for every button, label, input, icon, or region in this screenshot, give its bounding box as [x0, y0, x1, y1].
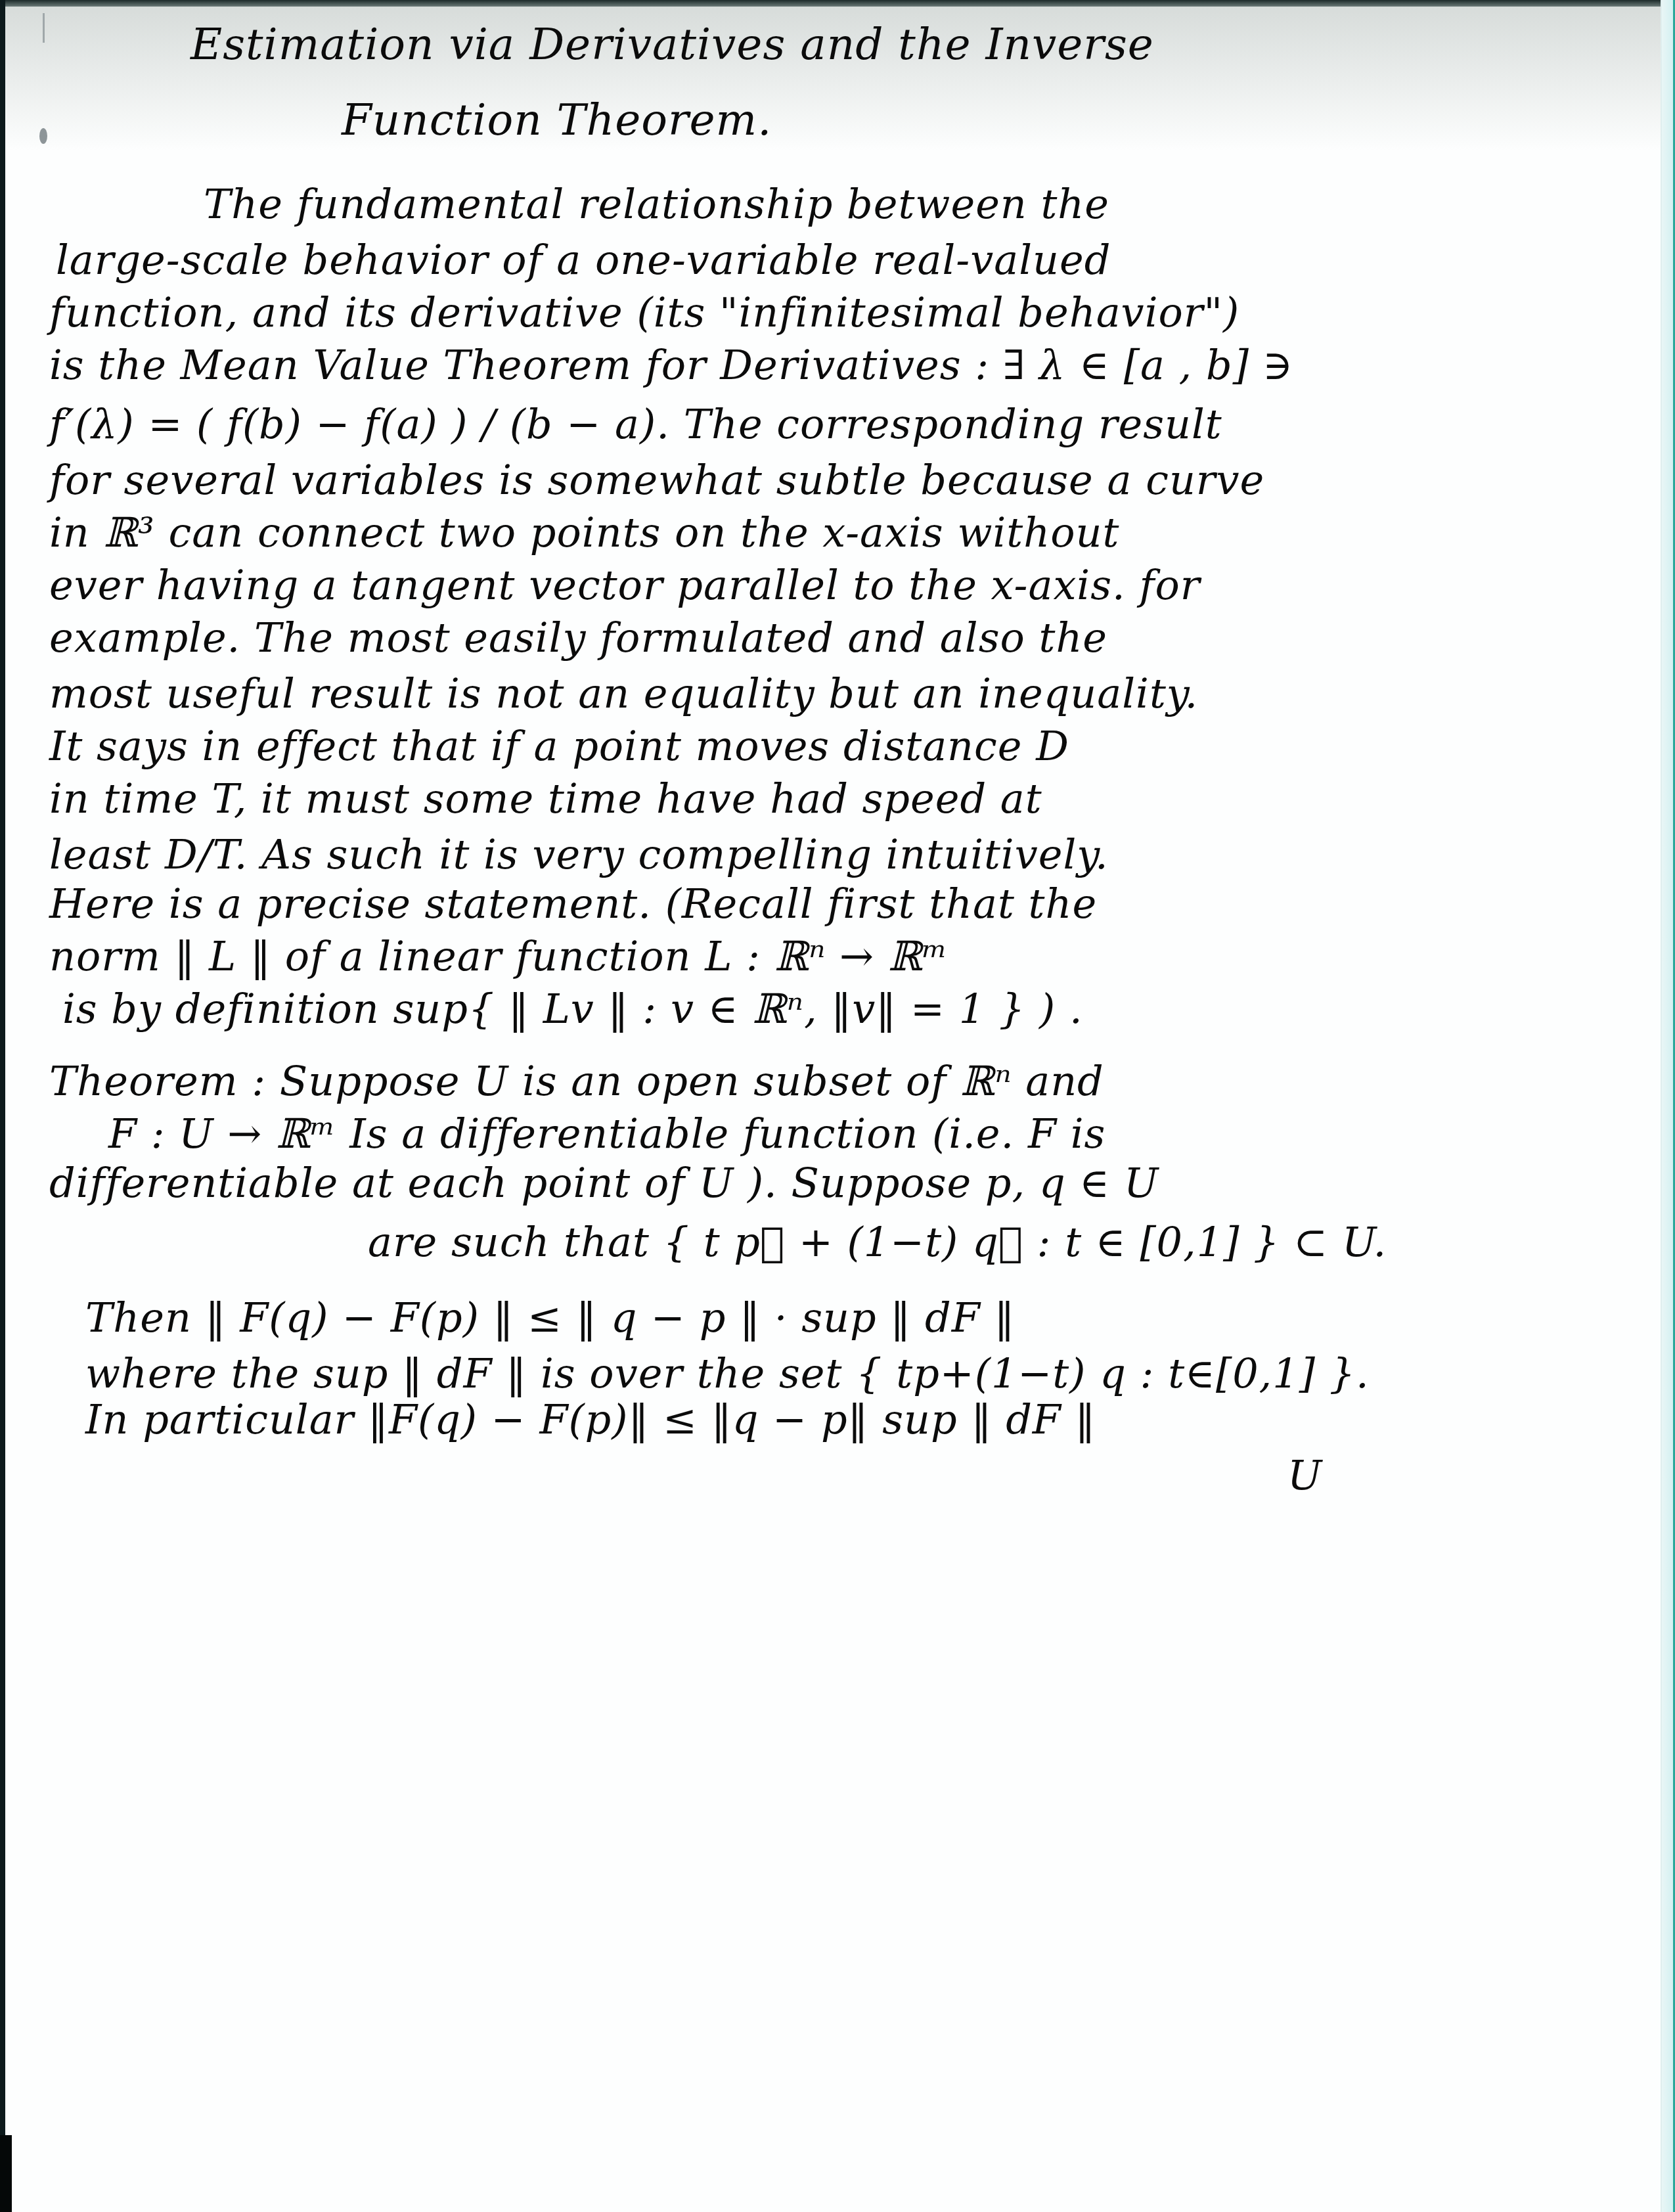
- body-line-11: It says in effect that if a point moves …: [49, 726, 1069, 767]
- body-line-13: least D/T. As such it is very compelling…: [49, 834, 1109, 875]
- title-line-2: Function Theorem.: [342, 99, 772, 142]
- handwritten-page: Estimation via Derivatives and the Inver…: [0, 0, 1675, 2212]
- body-line-7: in ℝ³ can connect two points on the x-ax…: [49, 512, 1119, 553]
- theorem-line-1: Theorem : Suppose U is an open subset of…: [49, 1061, 1104, 1102]
- body-line-1: The fundamental relationship between the: [204, 184, 1109, 225]
- body-line-16: is by definition sup{ ‖ Lv ‖ : v ∈ ℝⁿ, ‖…: [62, 989, 1083, 1029]
- theorem-line-4: are such that { t p⃗ + (1−t) q⃗ : t ∈ [0…: [368, 1222, 1387, 1263]
- body-line-8: ever having a tangent vector parallel to…: [49, 565, 1200, 606]
- body-line-15: norm ‖ L ‖ of a linear function L : ℝⁿ →…: [49, 936, 948, 977]
- body-line-5: f′(λ) = ( f(b) − f(a) ) / (b − a). The c…: [49, 404, 1222, 445]
- body-line-10: most useful result is not an equality bu…: [49, 673, 1198, 714]
- body-line-4: is the Mean Value Theorem for Derivative…: [49, 345, 1293, 386]
- body-line-2: large-scale behavior of a one-variable r…: [56, 240, 1111, 281]
- body-line-6: for several variables is somewhat subtle…: [49, 460, 1264, 501]
- theorem-line-5: Then ‖ F(q) − F(p) ‖ ≤ ‖ q − p ‖ · sup ‖…: [85, 1298, 1015, 1338]
- body-line-14: Here is a precise statement. (Recall fir…: [49, 884, 1097, 924]
- theorem-subscript-u: U: [1287, 1455, 1322, 1496]
- body-line-3: function, and its derivative (its "infin…: [49, 292, 1239, 333]
- body-line-12: in time T, it must some time have had sp…: [49, 779, 1042, 819]
- theorem-line-6: where the sup ‖ dF ‖ is over the set { t…: [85, 1353, 1370, 1394]
- theorem-line-7: In particular ‖F(q) − F(p)‖ ≤ ‖q − p‖ su…: [85, 1399, 1096, 1440]
- body-line-9: example. The most easily formulated and …: [49, 618, 1107, 658]
- title-line-1: Estimation via Derivatives and the Inver…: [190, 23, 1154, 66]
- theorem-line-3: differentiable at each point of U ). Sup…: [49, 1163, 1159, 1204]
- theorem-line-2: F : U → ℝᵐ Is a differentiable function …: [108, 1114, 1105, 1154]
